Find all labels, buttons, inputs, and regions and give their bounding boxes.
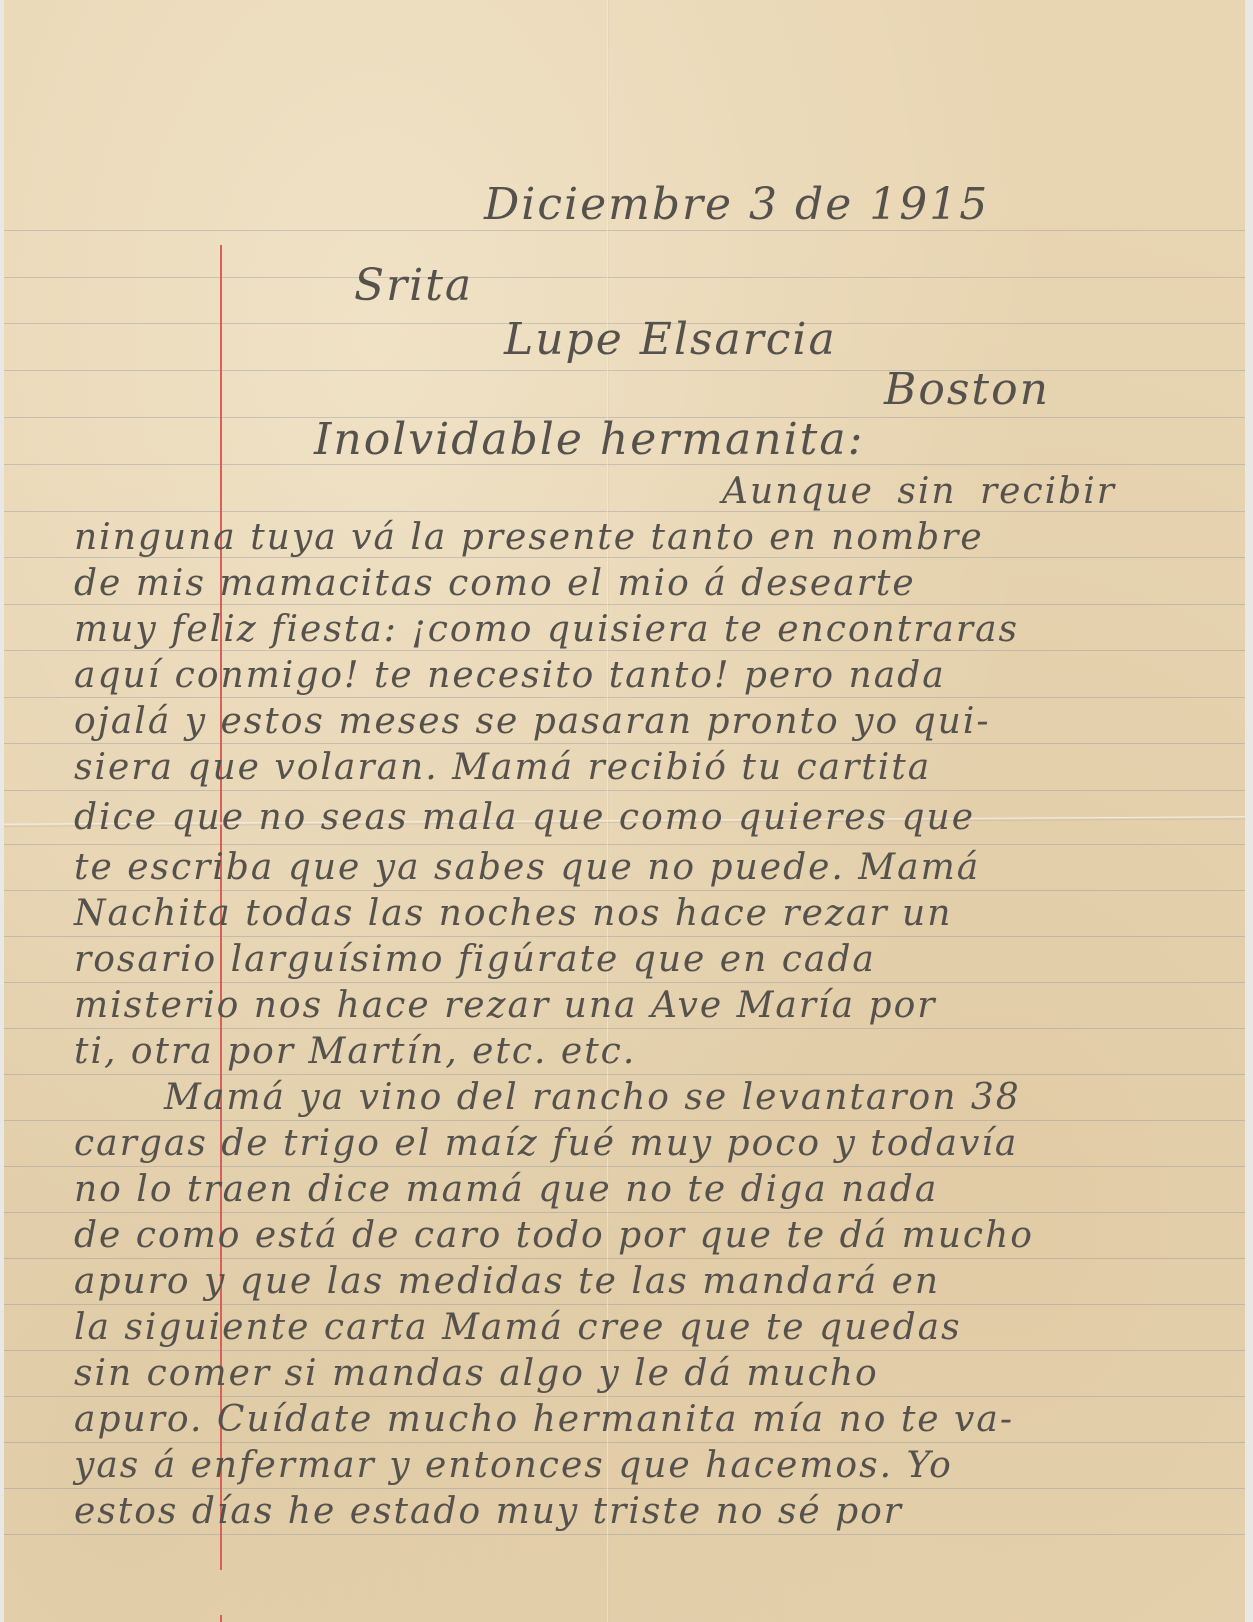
- ruled-line: [4, 1258, 1245, 1259]
- greeting: Inolvidable hermanita:: [314, 418, 864, 462]
- body-line: Mamá ya vino del rancho se levantaron 38: [164, 1080, 1021, 1116]
- ruled-line: [4, 936, 1245, 937]
- ruled-line: [4, 650, 1245, 651]
- ruled-line: [4, 370, 1245, 371]
- body-line: de mis mamacitas como el mio á desearte: [74, 566, 916, 602]
- body-line: aquí conmigo! te necesito tanto! pero na…: [74, 658, 946, 694]
- ruled-line: [4, 1396, 1245, 1397]
- ruled-line: [4, 1488, 1245, 1489]
- body-line: rosario larguísimo figúrate que en cada: [74, 942, 876, 978]
- ruled-line: [4, 1304, 1245, 1305]
- ruled-line: [4, 982, 1245, 983]
- ruled-line: [4, 230, 1245, 231]
- body-line: de como está de caro todo por que te dá …: [74, 1218, 1034, 1254]
- body-line: siera que volaran. Mamá recibió tu carti…: [74, 750, 931, 786]
- ruled-line: [4, 697, 1245, 698]
- ruled-line: [4, 1350, 1245, 1351]
- ruled-line: [4, 1028, 1245, 1029]
- ruled-line: [4, 844, 1245, 845]
- body-line: ti, otra por Martín, etc. etc.: [74, 1034, 636, 1070]
- ruled-line: [4, 890, 1245, 891]
- body-line: no lo traen dice mamá que no te diga nad…: [74, 1172, 938, 1208]
- margin-line: [220, 1615, 222, 1622]
- body-line: estos días he estado muy triste no sé po…: [74, 1494, 903, 1530]
- body-line: ojalá y estos meses se pasaran pronto yo…: [74, 704, 991, 740]
- body-line: apuro. Cuídate mucho hermanita mía no te…: [74, 1402, 1014, 1438]
- body-line: yas á enfermar y entonces que hacemos. Y…: [74, 1448, 953, 1484]
- ruled-line: [4, 1166, 1245, 1167]
- ruled-line: [4, 1212, 1245, 1213]
- body-line: misterio nos hace rezar una Ave María po…: [74, 988, 936, 1024]
- ruled-line: [4, 277, 1245, 278]
- body-line: apuro y que las medidas te las mandará e…: [74, 1264, 940, 1300]
- ruled-line: [4, 1120, 1245, 1121]
- salutation-title: Srita: [354, 264, 473, 308]
- ruled-line: [4, 1534, 1245, 1535]
- body-line: sin comer si mandas algo y le dá mucho: [74, 1356, 879, 1392]
- ruled-line: [4, 604, 1245, 605]
- body-line: muy feliz fiesta: ¡como quisiera te enco…: [74, 612, 1019, 648]
- ruled-line: [4, 743, 1245, 744]
- body-line: ninguna tuya vá la presente tanto en nom…: [74, 520, 984, 556]
- recipient-city: Boston: [884, 368, 1050, 412]
- ruled-line: [4, 1074, 1245, 1075]
- body-line: la siguiente carta Mamá cree que te qued…: [74, 1310, 962, 1346]
- body-line: te escriba que ya sabes que no puede. Ma…: [74, 850, 980, 886]
- letter-date: Diciembre 3 de 1915: [484, 183, 989, 227]
- body-line: Aunque sin recibir: [722, 474, 1116, 510]
- body-line: cargas de trigo el maíz fué muy poco y t…: [74, 1126, 1018, 1162]
- ruled-line: [4, 1442, 1245, 1443]
- body-line: Nachita todas las noches nos hace rezar …: [74, 896, 952, 932]
- body-line: dice que no seas mala que como quieres q…: [74, 800, 975, 836]
- ruled-line: [4, 790, 1245, 791]
- letter-page: Diciembre 3 de 1915 Srita Lupe Elsarcia …: [4, 0, 1245, 1622]
- recipient-name: Lupe Elsarcia: [504, 318, 837, 362]
